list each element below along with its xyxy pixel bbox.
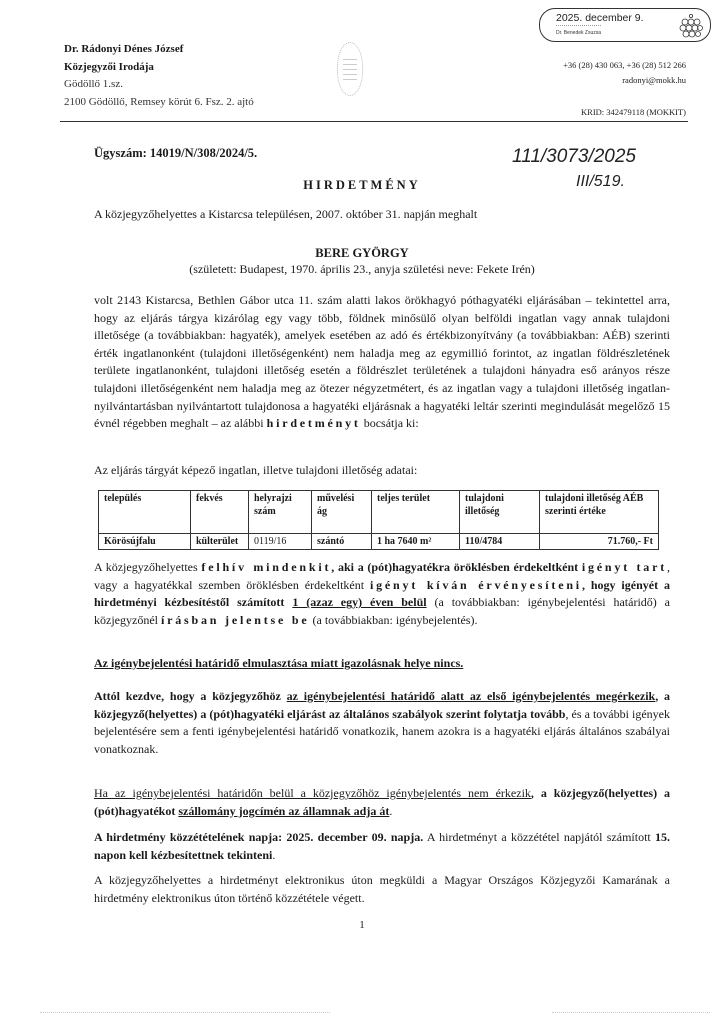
chamber-logo-icon xyxy=(678,12,704,39)
col-ownership-share: tulajdoni illetőség xyxy=(460,491,540,534)
call-text-1: A közjegyzőhelyettes xyxy=(94,560,198,574)
stamp-date: 2025. december 9. xyxy=(556,12,644,24)
office-name: Dr. Rádonyi Dénes József xyxy=(64,41,254,59)
publication-date: A hirdetmény közzétételének napja: 2025.… xyxy=(94,830,423,844)
escheat-end: . xyxy=(389,804,392,818)
call-paragraph: A közjegyzőhelyettes felhív mindenkit, a… xyxy=(94,559,670,629)
col-total-area: teljes terület xyxy=(372,491,460,534)
cell-settlement: Körösújfalu xyxy=(99,534,191,550)
no-excuse-notice: Az igénybejelentési határidő elmulasztás… xyxy=(94,655,670,673)
scan-artifact xyxy=(40,1012,330,1014)
document-page: Dr. Rádonyi Dénes József Közjegyzői Irod… xyxy=(0,0,724,1024)
cell-parcel-number: 0119/16 xyxy=(249,534,312,550)
call-emphasis-4: írásban jelentse be xyxy=(161,613,310,627)
page-number: 1 xyxy=(0,919,724,931)
scan-artifact xyxy=(552,1012,710,1014)
col-settlement: település xyxy=(99,491,191,534)
intro-text: A közjegyzőhelyettes a Kistarcsa települ… xyxy=(94,206,670,224)
table-header-row: település fekvés helyrajzi szám művelési… xyxy=(99,491,659,534)
col-location: fekvés xyxy=(191,491,249,534)
col-cultivation: művelési ág xyxy=(312,491,372,534)
cell-location: külterület xyxy=(191,534,249,550)
publication-stamp: 2025. december 9. Dr. Benedek Zsuzsa xyxy=(539,8,711,42)
document-title: HIRDETMÉNY xyxy=(0,178,724,193)
call-emphasis-1: felhív mindenkit xyxy=(201,560,331,574)
after-text-1: Attól kezdve, hogy a közjegyzőhöz xyxy=(94,689,281,703)
escheat-condition: Ha az igénybejelentési határidőn belül a… xyxy=(94,786,531,800)
letterhead-contact: +36 (28) 430 063, +36 (28) 512 266 radon… xyxy=(563,58,686,88)
stamp-signature-line xyxy=(556,25,601,27)
cell-total-area: 1 ha 7640 m² xyxy=(372,534,460,550)
cell-cultivation: szántó xyxy=(312,534,372,550)
call-emphasis-2: igényt tart xyxy=(582,560,667,574)
closing-paragraph: A közjegyzőhelyettes a hirdetményt elekt… xyxy=(94,872,670,907)
letterhead-office: Dr. Rádonyi Dénes József Közjegyzői Irod… xyxy=(64,41,254,111)
office-address: 2100 Gödöllő, Remsey körút 6. Fsz. 2. aj… xyxy=(64,94,254,112)
call-text-2: , aki a (pót)hagyatékra öröklésben érdek… xyxy=(331,560,578,574)
publication-end: . xyxy=(272,848,275,862)
body-tail: bocsátja ki: xyxy=(364,416,419,430)
case-number: Ügyszám: 14019/N/308/2024/5. xyxy=(94,146,257,161)
krid-id: KRID: 342479118 (MOKKIT) xyxy=(581,107,686,117)
call-deadline: 1 (azaz egy) éven belül xyxy=(292,595,426,609)
col-aeb-value: tulajdoni illetőség AÉB szerinti értéke xyxy=(540,491,659,534)
after-underlined: az igénybejelentési határidő alatt az el… xyxy=(287,689,656,703)
header-divider xyxy=(60,121,688,122)
escheat-transfer: szállomány jogcímén az államnak adja át xyxy=(178,804,389,818)
col-parcel-number: helyrajzi szám xyxy=(249,491,312,534)
body-paragraph: volt 2143 Kistarcsa, Bethlen Gábor utca … xyxy=(94,292,670,433)
handwritten-line-1: 111/3073/2025 xyxy=(512,146,636,167)
publication-text: A hirdetményt a közzététel napjától szám… xyxy=(427,830,651,844)
email-address: radonyi@mokk.hu xyxy=(563,73,686,88)
office-subtitle: Közjegyzői Irodája xyxy=(64,59,254,77)
deceased-name: BERE GYÖRGY xyxy=(0,246,724,261)
phone-numbers: +36 (28) 430 063, +36 (28) 512 266 xyxy=(563,58,686,73)
cell-aeb-value: 71.760,- Ft xyxy=(540,534,659,550)
call-emphasis-3: igényt kíván érvényesíteni xyxy=(370,578,582,592)
escheat-paragraph: Ha az igénybejelentési határidőn belül a… xyxy=(94,785,670,820)
property-table: település fekvés helyrajzi szám művelési… xyxy=(98,490,659,550)
cell-ownership-share: 110/4784 xyxy=(460,534,540,550)
stamp-signer: Dr. Benedek Zsuzsa xyxy=(556,30,601,36)
table-row: Körösújfalu külterület 0119/16 szántó 1 … xyxy=(99,534,659,550)
body-emphasis: hirdetményt xyxy=(267,416,361,430)
after-paragraph: Attól kezdve, hogy a közjegyzőhöz az igé… xyxy=(94,688,670,758)
coat-of-arms-icon xyxy=(337,42,363,96)
office-seat: Gödöllő 1.sz. xyxy=(64,76,254,94)
table-intro: Az eljárás tárgyát képező ingatlan, ille… xyxy=(94,462,670,480)
call-text-6: (a továbbiakban: igénybejelentés). xyxy=(313,613,478,627)
deceased-details: (született: Budapest, 1970. április 23.,… xyxy=(0,262,724,277)
publication-paragraph: A hirdetmény közzétételének napja: 2025.… xyxy=(94,829,670,864)
body-text: volt 2143 Kistarcsa, Bethlen Gábor utca … xyxy=(94,293,670,430)
